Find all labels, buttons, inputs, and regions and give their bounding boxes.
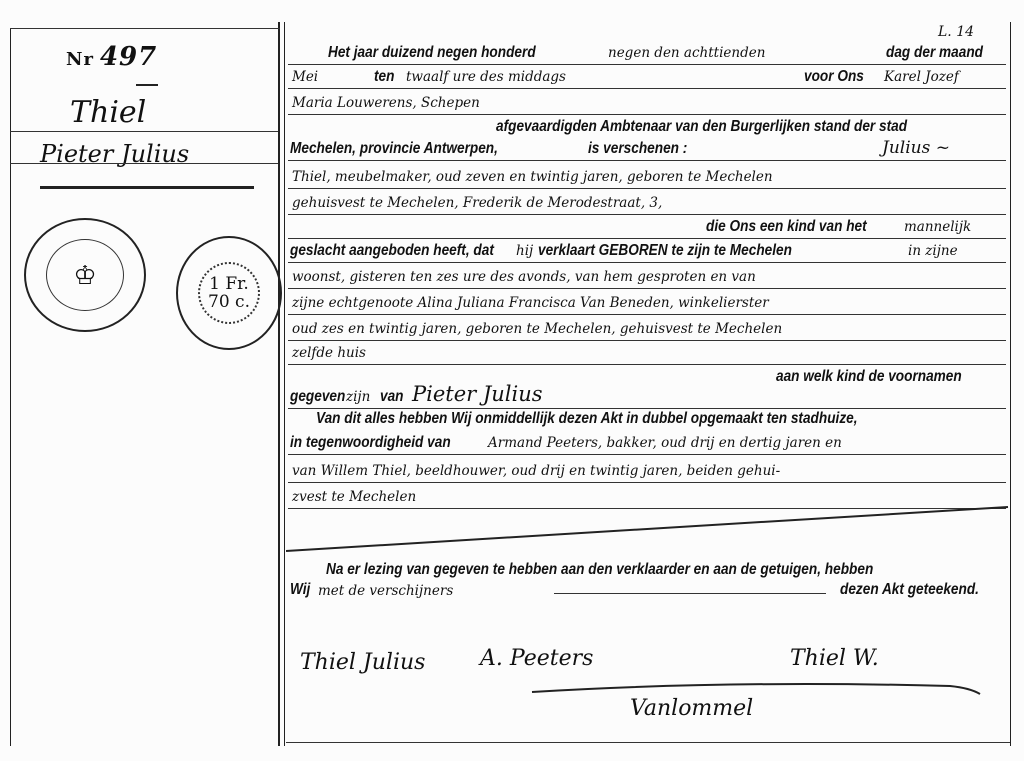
printed-text: in tegenwoordigheid van <box>290 434 451 452</box>
stamp-value: 1 Fr. 70 c. <box>198 262 260 324</box>
line-10: woonst, gisteren ten zes ure des avonds,… <box>288 264 1006 289</box>
right-border <box>1010 22 1011 746</box>
annotation: L. 14 <box>938 24 974 40</box>
number-underline <box>136 84 158 86</box>
birth-certificate-page: Nr497 Thiel Pieter Julius ♔ 1 Fr. 70 c. … <box>0 0 1024 761</box>
line-2: Mei ten twaalf ure des middags voor Ons … <box>288 64 1006 89</box>
line-7: gehuisvest te Mechelen, Frederik de Mero… <box>288 190 1006 215</box>
printed-text: geslacht aangeboden heeft, dat <box>290 242 494 260</box>
handwritten-text: woonst, gisteren ten zes ure des avonds,… <box>292 269 756 285</box>
line-9: geslacht aangeboden heeft, dat hij verkl… <box>288 238 1006 263</box>
left-border <box>10 28 11 746</box>
handwritten-text: Karel Jozef <box>884 69 959 85</box>
printed-text: verklaart GEBOREN te zijn te Mechelen <box>538 242 792 260</box>
handwritten-text: zvest te Mechelen <box>292 489 416 505</box>
handwritten-text: Mei <box>292 69 318 85</box>
line-8: die Ons een kind van het mannelijk <box>288 214 1006 239</box>
printed-text: is verschenen : <box>588 140 687 158</box>
handwritten-text: twaalf ure des middags <box>406 69 566 85</box>
number-prefix: Nr <box>66 49 94 70</box>
diagonal-strike-line <box>286 505 1010 555</box>
line-3: Maria Louwerens, Schepen <box>288 90 1006 115</box>
handwritten-text: Thiel, meubelmaker, oud zeven en twintig… <box>292 169 773 185</box>
handwritten-text: oud zes en twintig jaren, geboren te Mec… <box>292 321 782 337</box>
closing-line-2-handwritten: met de verschijners <box>318 583 453 599</box>
extraordinary-stamp: ♔ <box>24 218 146 332</box>
handwritten-text: Maria Louwerens, Schepen <box>292 95 480 111</box>
margin-thick-rule <box>40 186 254 189</box>
signature-witness-2: Thiel W. <box>790 646 879 671</box>
line-12: oud zes en twintig jaren, geboren te Mec… <box>288 316 1006 341</box>
handwritten-text: Armand Peeters, bakker, oud drij en dert… <box>488 435 842 451</box>
closing-line-2-start: Wij <box>290 581 310 599</box>
printed-text: Mechelen, provincie Antwerpen, <box>290 140 498 158</box>
number-value: 497 <box>100 42 157 72</box>
signature-flourish <box>530 676 990 700</box>
signature-declarant: Thiel Julius <box>300 650 425 675</box>
printed-text: Het jaar duizend negen honderd <box>328 44 536 62</box>
closing-line-2-end: dezen Akt geteekend. <box>840 581 979 599</box>
line-16: Van dit alles hebben Wij onmiddellijk de… <box>288 406 1006 430</box>
margin-divider <box>278 22 280 746</box>
printed-text: van <box>380 388 404 406</box>
margin-rule-2 <box>10 163 278 164</box>
printed-text: gegeven <box>290 388 345 406</box>
handwritten-text: in zijne <box>908 243 958 259</box>
line-5: Mechelen, provincie Antwerpen, is versch… <box>288 136 1006 161</box>
handwritten-text: zijn <box>346 389 370 405</box>
printed-text: afgevaardigden Ambtenaar van den Burgerl… <box>496 118 907 136</box>
closing-line-1: Na er lezing van gegeven te hebben aan d… <box>326 561 873 579</box>
line-18: van Willem Thiel, beeldhouwer, oud drij … <box>288 458 1006 483</box>
record-number: Nr497 <box>66 42 157 72</box>
bottom-border <box>286 742 1010 743</box>
stamp-value-cents: 70 c. <box>208 293 250 311</box>
handwritten-text: van Willem Thiel, beeldhouwer, oud drij … <box>292 463 780 479</box>
dimension-stamp: 1 Fr. 70 c. <box>176 236 282 350</box>
handwritten-text: zijne echtgenoote Alina Juliana Francisc… <box>292 295 769 311</box>
handwritten-text: zelfde huis <box>292 345 366 361</box>
printed-text: die Ons een kind van het <box>706 218 867 236</box>
line-1: Het jaar duizend negen honderd negen den… <box>288 40 1006 65</box>
margin-divider-inner <box>284 22 285 746</box>
top-border <box>10 28 280 29</box>
handwritten-text: mannelijk <box>904 219 971 235</box>
handwritten-text: Pieter Julius <box>412 382 543 406</box>
signature-witness-1: A. Peeters <box>480 646 593 671</box>
line-11: zijne echtgenoote Alina Juliana Francisc… <box>288 290 1006 315</box>
handwritten-text: negen den achttienden <box>608 45 765 61</box>
printed-text: Van dit alles hebben Wij onmiddellijk de… <box>316 410 858 428</box>
closing-blank-line <box>554 593 826 594</box>
line-13: zelfde huis <box>288 340 1006 365</box>
line-17: in tegenwoordigheid van Armand Peeters, … <box>288 430 1006 455</box>
line-4: afgevaardigden Ambtenaar van den Burgerl… <box>288 114 1006 138</box>
printed-text: voor Ons <box>804 68 864 86</box>
handwritten-text: hij <box>516 243 533 259</box>
handwritten-text: gehuisvest te Mechelen, Frederik de Mero… <box>292 195 662 211</box>
margin-rule-1 <box>10 131 278 132</box>
margin-surname: Thiel <box>70 95 146 130</box>
stamp-value-francs: 1 Fr. <box>209 275 249 293</box>
lion-crest-icon: ♔ <box>46 239 124 311</box>
printed-text: dag der maand <box>886 44 983 62</box>
handwritten-text: Julius ~ <box>882 138 950 158</box>
printed-text: ten <box>374 68 394 86</box>
line-6: Thiel, meubelmaker, oud zeven en twintig… <box>288 164 1006 189</box>
